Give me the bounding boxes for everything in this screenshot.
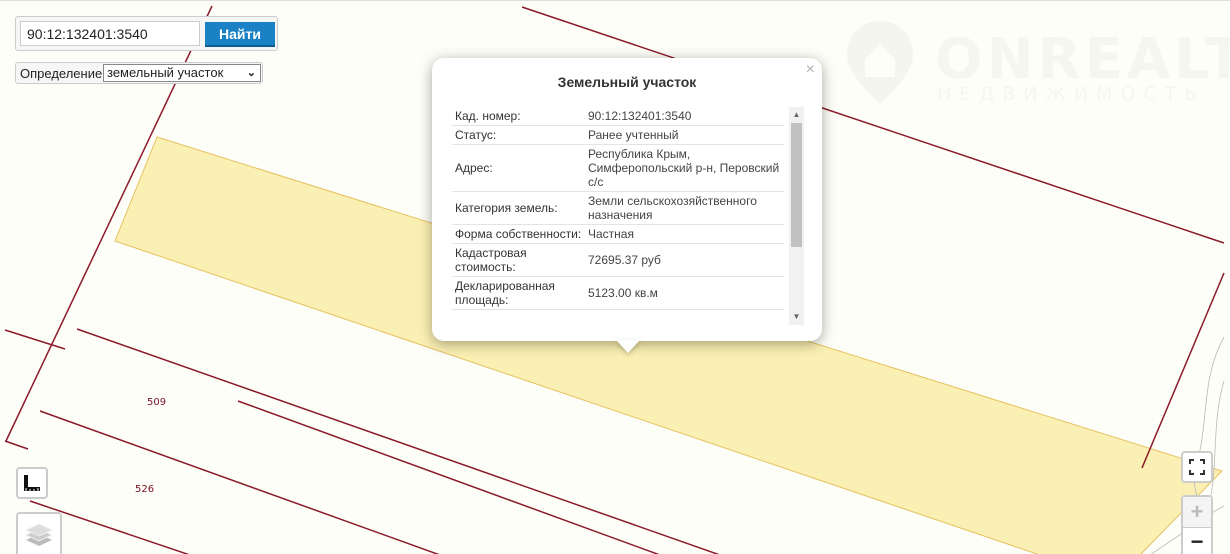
info-key: Декларированная площадь: — [452, 277, 585, 310]
info-key: Кад. номер: — [452, 107, 585, 126]
measure-button[interactable] — [16, 467, 48, 499]
info-value: 5123.00 кв.м — [585, 277, 784, 310]
info-value: Частная — [585, 225, 784, 244]
scroll-thumb[interactable] — [791, 123, 802, 247]
scroll-down-arrow-icon[interactable]: ▼ — [789, 309, 804, 325]
zoom-in-button[interactable]: + — [1183, 497, 1211, 528]
info-row: Кадастровая стоимость:72695.37 руб — [452, 244, 784, 277]
scroll-up-arrow-icon[interactable]: ▲ — [789, 107, 804, 123]
info-row: Статус:Ранее учтенный — [452, 126, 784, 145]
popup-pointer — [616, 340, 640, 353]
location-pin-icon — [845, 19, 915, 105]
watermark-subtitle: НЕДВИЖИМОСТЬ — [937, 83, 1205, 105]
parcel-label: 509 — [147, 397, 166, 408]
definition-selected-value: земельный участок — [107, 65, 223, 80]
search-panel: Найти — [15, 16, 278, 51]
popup-scrollbar[interactable]: ▲ ▼ — [789, 107, 804, 325]
info-key: Категория земель: — [452, 192, 585, 225]
zoom-out-button[interactable]: − — [1183, 528, 1211, 554]
info-value: 90:12:132401:3540 — [585, 107, 784, 126]
info-value: Ранее учтенный — [585, 126, 784, 145]
fullscreen-icon — [1189, 459, 1205, 475]
definition-select[interactable]: земельный участок ⌄ — [103, 64, 261, 82]
info-row: Форма собственности:Частная — [452, 225, 784, 244]
layers-icon — [25, 522, 53, 548]
info-value: 72695.37 руб — [585, 244, 784, 277]
info-value: Земли сельскохозяйственного назначения — [585, 192, 784, 225]
info-row: Декларированная площадь:5123.00 кв.м — [452, 277, 784, 310]
chevron-down-icon: ⌄ — [247, 65, 256, 81]
definition-label: Определение: — [20, 66, 106, 81]
info-value: Республика Крым, Симферопольский р-н, Пе… — [585, 145, 784, 192]
parcel-info-popup: × Земельный участок Кад. номер:90:12:132… — [432, 58, 822, 341]
fullscreen-button[interactable] — [1181, 451, 1213, 483]
watermark-logo: ONREALT НЕДВИЖИМОСТЬ — [845, 19, 1205, 109]
info-key: Статус: — [452, 126, 585, 145]
info-row: Категория земель:Земли сельскохозяйствен… — [452, 192, 784, 225]
parcel-info-table: Кад. номер:90:12:132401:3540Статус:Ранее… — [452, 107, 784, 310]
info-key: Форма собственности: — [452, 225, 585, 244]
info-key: Адрес: — [452, 145, 585, 192]
popup-content[interactable]: Кад. номер:90:12:132401:3540Статус:Ранее… — [452, 107, 804, 325]
cadastral-search-input[interactable] — [20, 21, 200, 46]
parcel-label: 526 — [135, 484, 154, 495]
search-button[interactable]: Найти — [205, 22, 275, 47]
ruler-icon — [23, 474, 41, 492]
info-row: Адрес:Республика Крым, Симферопольский р… — [452, 145, 784, 192]
info-row: Кад. номер:90:12:132401:3540 — [452, 107, 784, 126]
zoom-control: + − — [1181, 495, 1213, 554]
popup-title: Земельный участок — [432, 74, 822, 90]
info-key: Кадастровая стоимость: — [452, 244, 585, 277]
layers-button[interactable] — [16, 512, 62, 554]
definition-panel: Определение: земельный участок ⌄ — [15, 62, 263, 84]
